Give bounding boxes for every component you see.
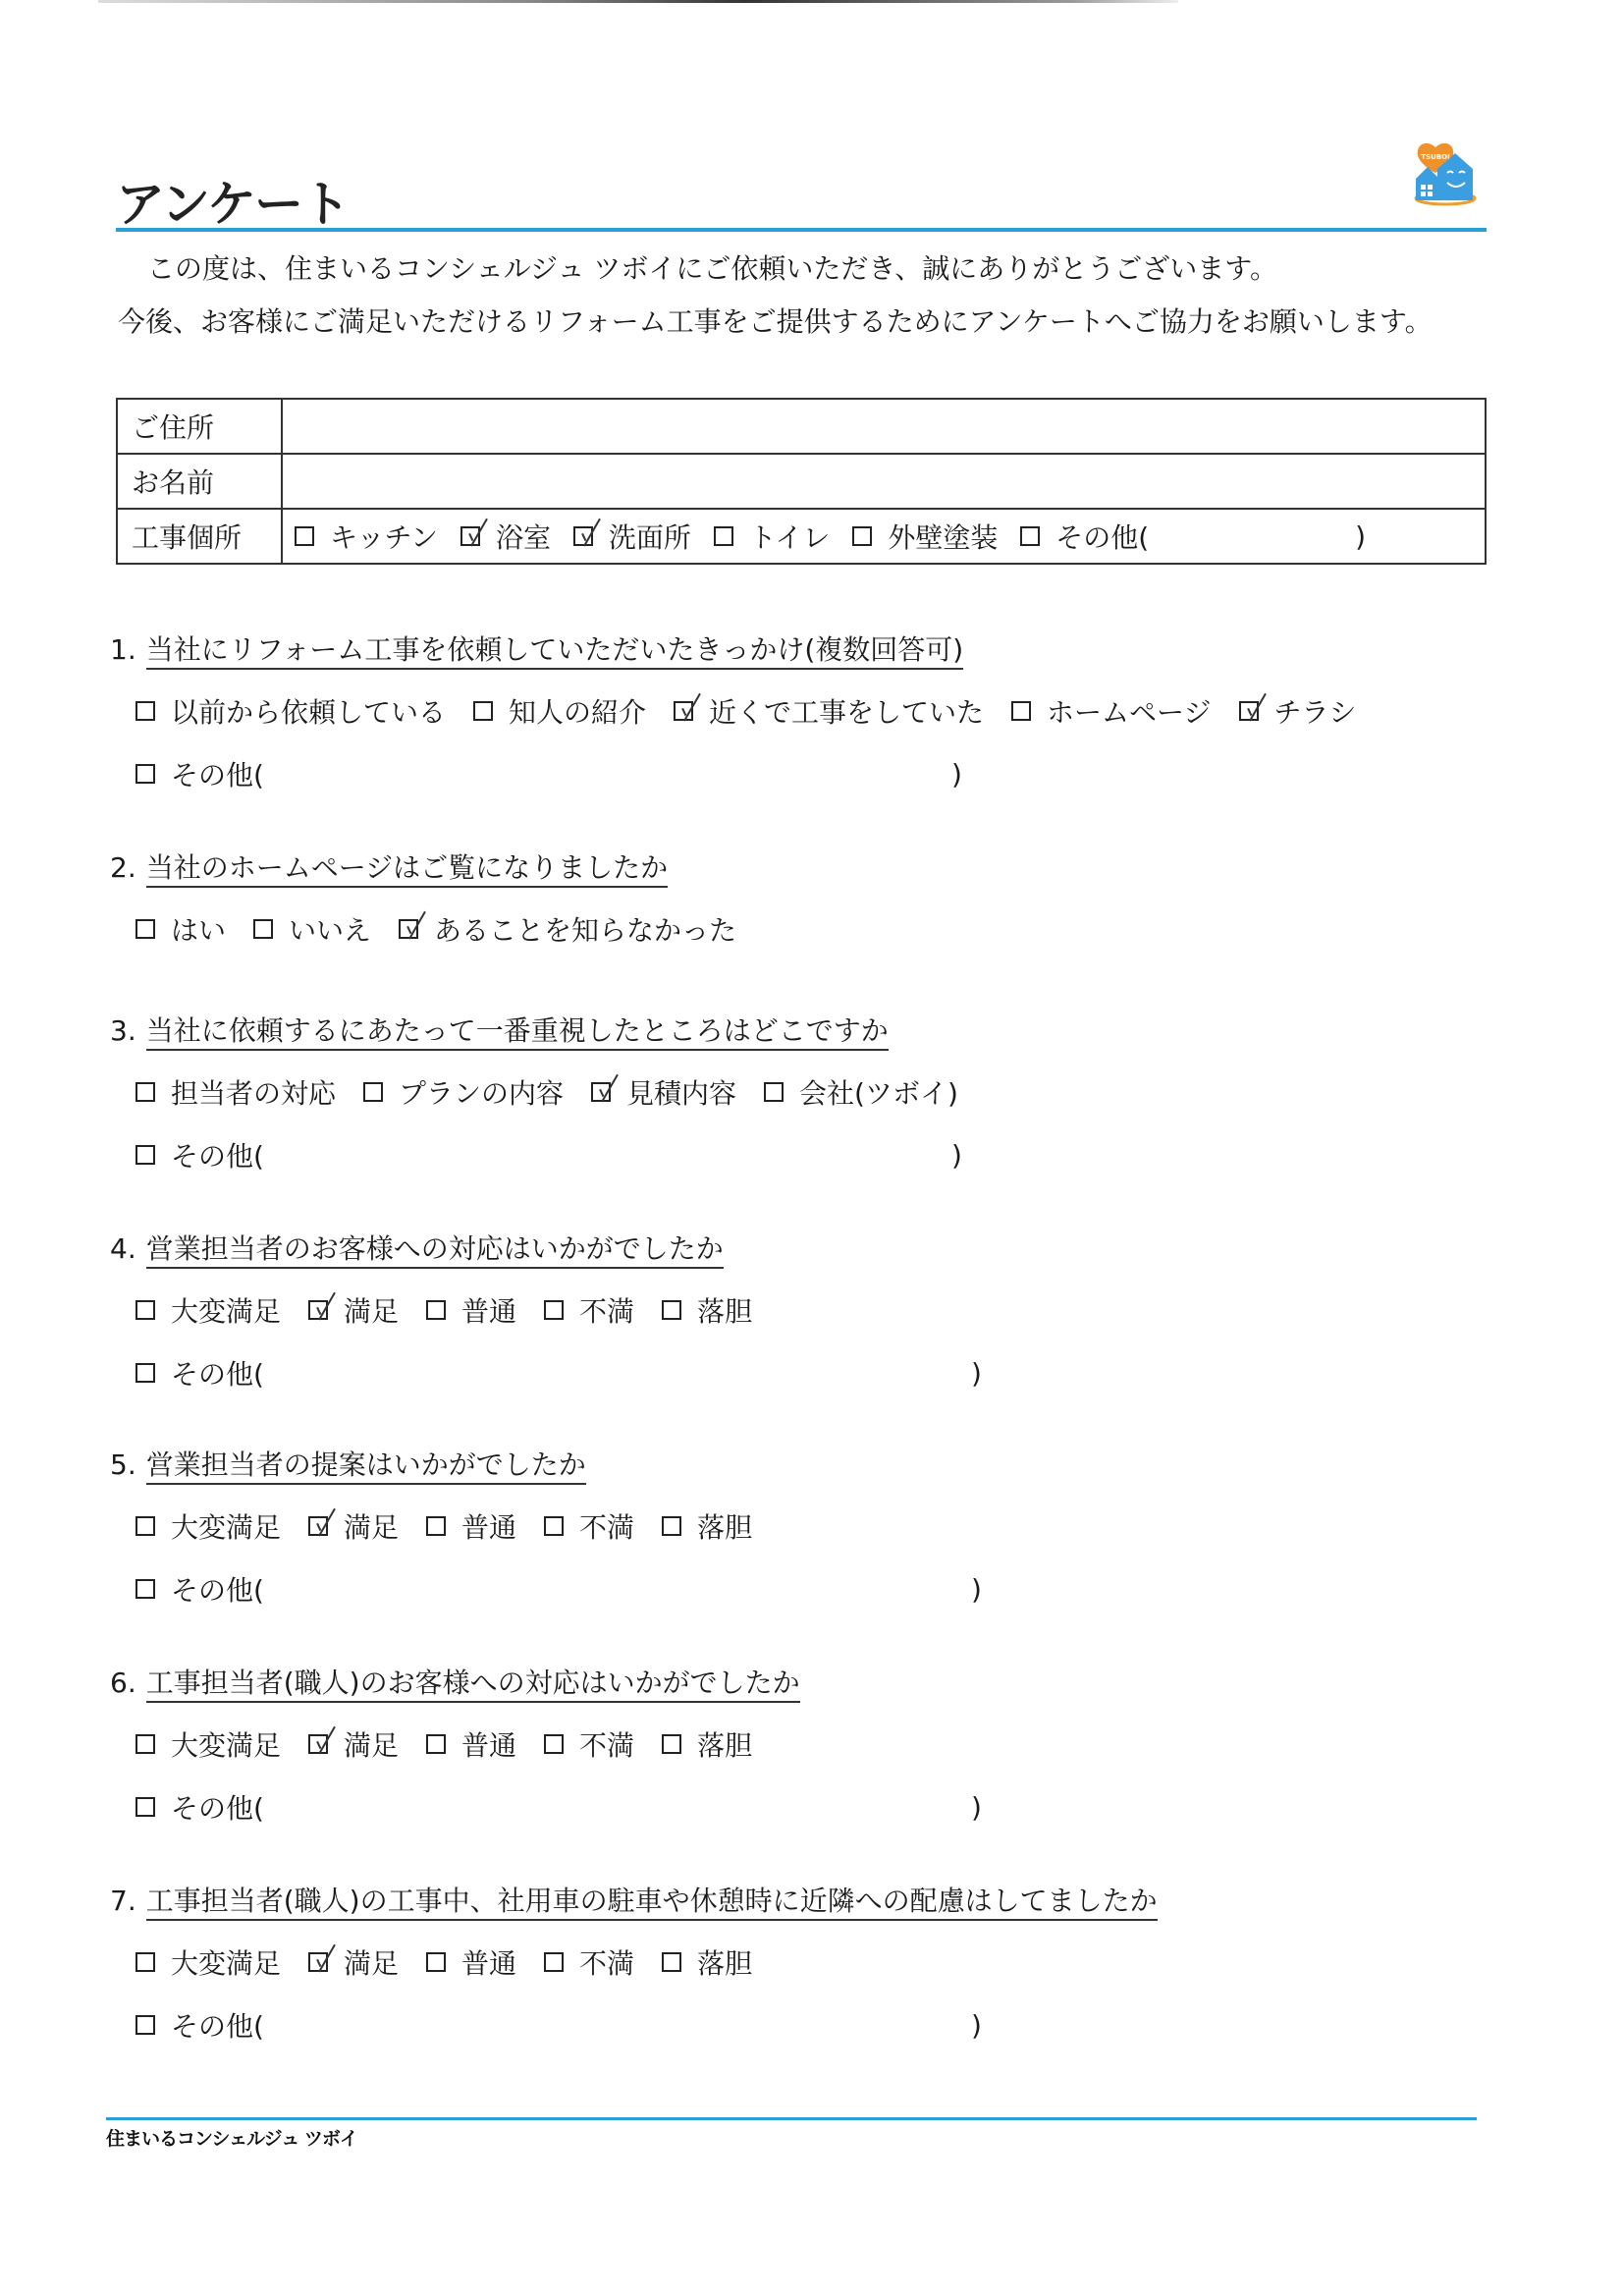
location-row: 工事個所 キッチン 浴室 洗面所 トイレ 外壁塗装 その他() (117, 509, 1486, 564)
question-1: 1.当社にリフォーム工事を依頼していただいたきっかけ(複数回答可) 以前から依頼… (110, 629, 1384, 793)
question-text: 工事担当者(職人)のお客様への対応はいかがでしたか (146, 1667, 800, 1703)
paren-close: ) (971, 1573, 982, 1606)
option-label: 満足 (344, 1942, 399, 1982)
option-label: その他( (171, 754, 264, 793)
checkbox[interactable] (473, 701, 493, 721)
option-label: その他( (171, 1787, 264, 1827)
footer-rule (106, 2117, 1477, 2120)
option-label: 近くで工事をしていた (709, 691, 984, 731)
option-row: 大変満足 満足 普通 不満 落胆 (135, 1506, 1009, 1546)
checkbox-checked[interactable] (573, 526, 593, 546)
checkbox[interactable] (1020, 526, 1040, 546)
other-row: その他() (135, 1787, 1009, 1827)
checkbox[interactable] (544, 1952, 564, 1972)
checkbox[interactable] (135, 1082, 155, 1102)
checkbox-checked[interactable] (308, 1952, 328, 1972)
paren-close: ) (971, 2009, 982, 2042)
option[interactable]: 会社(ツボイ) (764, 1072, 958, 1112)
question-text: 営業担当者のお客様への対応はいかがでしたか (146, 1232, 724, 1269)
option[interactable]: 大変満足 (135, 1724, 281, 1764)
option-label: 大変満足 (171, 1724, 281, 1764)
option[interactable]: チラシ (1239, 691, 1357, 731)
question-title: 3.当社に依頼するにあたって一番重視したところはどこですか (110, 1010, 990, 1049)
checkbox[interactable] (714, 526, 733, 546)
option-label: 満足 (344, 1506, 399, 1546)
checkbox[interactable] (253, 919, 273, 939)
question-number: 7. (110, 1885, 136, 1917)
checkbox[interactable] (135, 1797, 155, 1817)
option-label: キッチン (330, 517, 438, 556)
option-label: その他( (171, 1353, 264, 1393)
checkbox-checked[interactable] (399, 919, 418, 939)
checkbox[interactable] (135, 1300, 155, 1320)
option-label: あることを知らなかった (434, 909, 736, 949)
option-label: 大変満足 (171, 1942, 281, 1982)
checkbox[interactable] (764, 1082, 784, 1102)
option-label: 落胆 (697, 1290, 752, 1330)
checkbox[interactable] (135, 1145, 155, 1165)
address-field[interactable] (282, 399, 1486, 454)
option[interactable]: 大変満足 (135, 1290, 281, 1330)
option-other[interactable]: その他() (135, 1569, 982, 1609)
option-label: 満足 (344, 1724, 399, 1764)
option[interactable]: 普通 (426, 1942, 516, 1982)
svg-text:TSUBOI: TSUBOI (1421, 153, 1449, 161)
checkbox[interactable] (662, 1516, 681, 1536)
location-label: 工事個所 (117, 509, 282, 564)
question-text: 営業担当者の提案はいかがでしたか (146, 1449, 586, 1485)
option-label: プランの内容 (399, 1072, 564, 1112)
option-label: 外壁塗装 (888, 517, 998, 556)
title-rule (116, 228, 1487, 232)
intro-line-2: 今後、お客様にご満足いただけるリフォーム工事をご提供するためにアンケートへご協力… (118, 301, 1433, 340)
option[interactable]: 大変満足 (135, 1506, 281, 1546)
option-label: チラシ (1274, 691, 1357, 731)
checkbox-checked[interactable] (1239, 701, 1259, 721)
option[interactable]: 満足 (308, 1506, 399, 1546)
question-number: 4. (110, 1232, 136, 1265)
checkbox-checked[interactable] (308, 1300, 328, 1320)
checkbox[interactable] (544, 1516, 564, 1536)
question-title: 7.工事担当者(職人)の工事中、社用車の駐車や休憩時に近隣への配慮はしてましたか (110, 1880, 1158, 1919)
other-row: その他() (135, 1135, 990, 1175)
checkbox[interactable] (135, 2015, 155, 2035)
question-text: 当社にリフォーム工事を依頼していただいたきっかけ(複数回答可) (146, 633, 963, 670)
location-option-toilet[interactable]: トイレ (714, 517, 831, 556)
question-6: 6.工事担当者(職人)のお客様への対応はいかがでしたか 大変満足 満足 普通 不… (110, 1662, 1009, 1827)
option[interactable]: 不満 (544, 1506, 634, 1546)
location-option-kitchen[interactable]: キッチン (295, 517, 438, 556)
option[interactable]: 不満 (544, 1724, 634, 1764)
option[interactable]: 以前から依頼している (135, 691, 446, 731)
customer-info-table: ご住所 お名前 工事個所 キッチン 浴室 洗面所 トイレ 外壁塗装 その他() (116, 398, 1487, 565)
question-number: 3. (110, 1014, 136, 1047)
option[interactable]: 近くで工事をしていた (674, 691, 984, 731)
option-label: その他( (1055, 517, 1149, 556)
option[interactable]: ホームページ (1011, 691, 1211, 731)
question-text: 当社のホームページはご覧になりましたか (146, 851, 668, 888)
option-other[interactable]: その他() (135, 754, 962, 793)
option[interactable]: 普通 (426, 1506, 516, 1546)
option-label: 普通 (461, 1942, 516, 1982)
checkbox[interactable] (135, 1952, 155, 1972)
option-label: 担当者の対応 (171, 1072, 336, 1112)
question-3: 3.当社に依頼するにあたって一番重視したところはどこですか 担当者の対応 プラン… (110, 1010, 990, 1175)
question-title: 4.営業担当者のお客様への対応はいかがでしたか (110, 1228, 1009, 1267)
checkbox[interactable] (135, 919, 155, 939)
scan-edge (98, 0, 1178, 3)
option-label: はい (171, 909, 226, 949)
name-field[interactable] (282, 454, 1486, 509)
question-title: 2.当社のホームページはご覧になりましたか (110, 847, 764, 886)
checkbox-checked[interactable] (308, 1516, 328, 1536)
option-row: 担当者の対応 プランの内容 見積内容 会社(ツボイ) (135, 1072, 990, 1112)
option-other[interactable]: その他() (135, 1787, 982, 1827)
option-label: 知人の紹介 (509, 691, 646, 731)
option[interactable]: 落胆 (662, 1290, 752, 1330)
option-label: 見積内容 (626, 1072, 736, 1112)
option[interactable]: 落胆 (662, 1724, 752, 1764)
checkbox[interactable] (426, 1952, 446, 1972)
option[interactable]: 大変満足 (135, 1942, 281, 1982)
question-2: 2.当社のホームページはご覧になりましたか はい いいえ あることを知らなかった (110, 847, 764, 949)
option-label: 不満 (579, 1724, 634, 1764)
checkbox-checked[interactable] (674, 701, 693, 721)
option[interactable]: 知人の紹介 (473, 691, 646, 731)
option[interactable]: 普通 (426, 1290, 516, 1330)
option-label: 洗面所 (609, 517, 691, 556)
question-number: 1. (110, 633, 136, 666)
option[interactable]: 満足 (308, 1724, 399, 1764)
question-title: 6.工事担当者(職人)のお客様への対応はいかがでしたか (110, 1662, 1009, 1701)
question-text: 工事担当者(職人)の工事中、社用車の駐車や休憩時に近隣への配慮はしてましたか (146, 1885, 1158, 1921)
checkbox[interactable] (135, 1363, 155, 1383)
option-label: 普通 (461, 1290, 516, 1330)
footer-company: 住まいるコンシェルジュ ツボイ (106, 2124, 357, 2151)
tsuboi-house-logo-icon: TSUBOI (1406, 139, 1485, 208)
checkbox-checked[interactable] (591, 1082, 611, 1102)
option-label: 会社(ツボイ) (799, 1072, 958, 1112)
question-7: 7.工事担当者(職人)の工事中、社用車の駐車や休憩時に近隣への配慮はしてましたか… (110, 1880, 1158, 2045)
option-label: 落胆 (697, 1942, 752, 1982)
checkbox[interactable] (544, 1300, 564, 1320)
address-label: ご住所 (117, 399, 282, 454)
option-label: ホームページ (1047, 691, 1211, 731)
option-label: 以前から依頼している (171, 691, 446, 731)
checkbox[interactable] (363, 1082, 383, 1102)
option[interactable]: 満足 (308, 1290, 399, 1330)
option-label: 不満 (579, 1506, 634, 1546)
option-label: その他( (171, 1135, 264, 1175)
option-label: その他( (171, 2005, 264, 2045)
question-number: 2. (110, 851, 136, 884)
name-row: お名前 (117, 454, 1486, 509)
paren-close: ) (971, 1357, 982, 1390)
option-label: 不満 (579, 1942, 634, 1982)
other-row: その他() (135, 754, 1384, 793)
option-row: 以前から依頼している 知人の紹介 近くで工事をしていた ホームページ チラシ (135, 691, 1384, 731)
paren-close: ) (971, 1791, 982, 1824)
page-title: アンケート (116, 165, 349, 236)
location-option-exterior-paint[interactable]: 外壁塗装 (852, 517, 998, 556)
question-number: 5. (110, 1449, 136, 1481)
checkbox-checked[interactable] (460, 526, 480, 546)
option-label: 大変満足 (171, 1290, 281, 1330)
option[interactable]: 担当者の対応 (135, 1072, 336, 1112)
option[interactable]: 不満 (544, 1942, 634, 1982)
location-option-bath[interactable]: 浴室 (460, 517, 551, 556)
location-option-washroom[interactable]: 洗面所 (573, 517, 691, 556)
option[interactable]: 満足 (308, 1942, 399, 1982)
checkbox[interactable] (135, 701, 155, 721)
checkbox[interactable] (135, 1516, 155, 1536)
location-option-other[interactable]: その他() (1020, 517, 1366, 556)
checkbox[interactable] (852, 526, 872, 546)
intro-line-1: この度は、住まいるコンシェルジュ ツボイにご依頼いただき、誠にありがとうございま… (147, 247, 1277, 287)
option-other[interactable]: その他() (135, 1353, 982, 1393)
question-4: 4.営業担当者のお客様への対応はいかがでしたか 大変満足 満足 普通 不満 落胆… (110, 1228, 1009, 1393)
other-row: その他() (135, 1353, 1009, 1393)
other-row: その他() (135, 2005, 1158, 2045)
option-label: 浴室 (496, 517, 551, 556)
checkbox[interactable] (135, 764, 155, 784)
question-text: 当社に依頼するにあたって一番重視したところはどこですか (146, 1014, 889, 1051)
paren-close: ) (951, 1139, 962, 1172)
checkbox[interactable] (426, 1300, 446, 1320)
checkbox[interactable] (1011, 701, 1031, 721)
option[interactable]: 不満 (544, 1290, 634, 1330)
option-label: 落胆 (697, 1506, 752, 1546)
checkbox[interactable] (662, 1300, 681, 1320)
option-label: 不満 (579, 1290, 634, 1330)
option-other[interactable]: その他() (135, 1135, 962, 1175)
option-label: 普通 (461, 1724, 516, 1764)
option-row: 大変満足 満足 普通 不満 落胆 (135, 1942, 1158, 1982)
option[interactable]: 落胆 (662, 1942, 752, 1982)
checkbox-checked[interactable] (308, 1734, 328, 1754)
paren-close: ) (1355, 520, 1366, 553)
option[interactable]: はい (135, 909, 226, 949)
option-row: はい いいえ あることを知らなかった (135, 909, 764, 949)
option[interactable]: プランの内容 (363, 1072, 564, 1112)
checkbox[interactable] (426, 1734, 446, 1754)
other-row: その他() (135, 1569, 1009, 1609)
option[interactable]: 見積内容 (591, 1072, 736, 1112)
option-label: 落胆 (697, 1724, 752, 1764)
option-label: いいえ (289, 909, 371, 949)
option[interactable]: 落胆 (662, 1506, 752, 1546)
option-label: 大変満足 (171, 1506, 281, 1546)
checkbox[interactable] (135, 1734, 155, 1754)
question-title: 5.営業担当者の提案はいかがでしたか (110, 1444, 1009, 1483)
checkbox[interactable] (662, 1952, 681, 1972)
address-row: ご住所 (117, 399, 1486, 454)
checkbox[interactable] (295, 526, 314, 546)
checkbox[interactable] (135, 1579, 155, 1599)
question-5: 5.営業担当者の提案はいかがでしたか 大変満足 満足 普通 不満 落胆 その他(… (110, 1444, 1009, 1609)
option-row: 大変満足 満足 普通 不満 落胆 (135, 1290, 1009, 1330)
paren-close: ) (951, 758, 962, 791)
option-other[interactable]: その他() (135, 2005, 982, 2045)
option[interactable]: あることを知らなかった (399, 909, 736, 949)
name-label: お名前 (117, 454, 282, 509)
checkbox[interactable] (426, 1516, 446, 1536)
question-title: 1.当社にリフォーム工事を依頼していただいたきっかけ(複数回答可) (110, 629, 1384, 668)
option[interactable]: 普通 (426, 1724, 516, 1764)
checkbox[interactable] (544, 1734, 564, 1754)
location-options: キッチン 浴室 洗面所 トイレ 外壁塗装 その他() (282, 509, 1486, 564)
option-label: 普通 (461, 1506, 516, 1546)
option-label: その他( (171, 1569, 264, 1609)
question-number: 6. (110, 1667, 136, 1699)
option-label: 満足 (344, 1290, 399, 1330)
checkbox[interactable] (662, 1734, 681, 1754)
option-row: 大変満足 満足 普通 不満 落胆 (135, 1724, 1009, 1764)
option[interactable]: いいえ (253, 909, 371, 949)
option-label: トイレ (749, 517, 831, 556)
